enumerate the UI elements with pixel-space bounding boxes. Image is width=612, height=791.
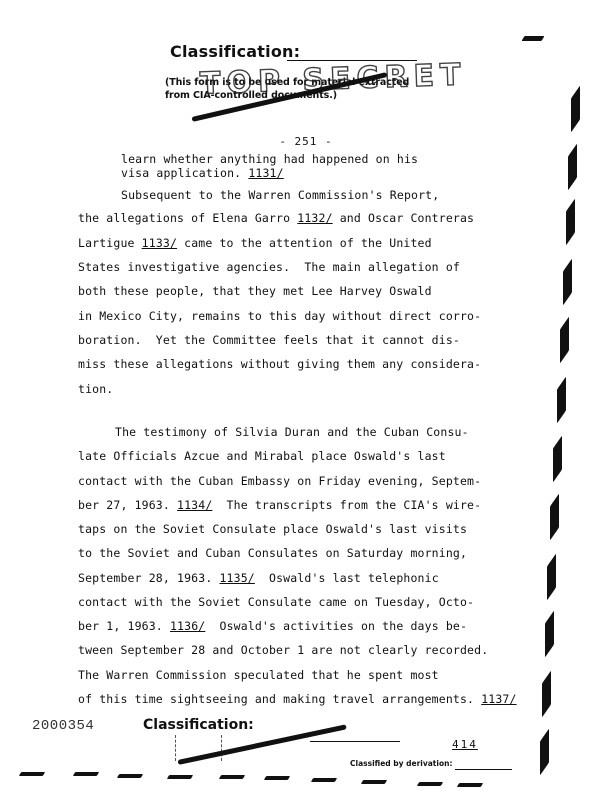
text-line: in Mexico City, remains to this day with… (78, 309, 481, 323)
footnote-ref: 1134/ (177, 498, 212, 512)
footnote-ref: 1136/ (170, 619, 205, 633)
border-mark-icon (550, 494, 559, 541)
page-reference: 414 (452, 738, 478, 751)
border-mark-icon (568, 144, 577, 191)
border-mark-icon (457, 783, 483, 787)
line-text: tween September 28 and October 1 are not… (78, 643, 488, 657)
line-text: the allegations of Elena Garro (78, 211, 297, 225)
line-text: States investigative agencies. The main … (78, 260, 460, 274)
classification-header: Classification: (170, 42, 300, 61)
line-text-continued: came to the attention of the United (177, 236, 432, 250)
line-text: taps on the Soviet Consulate place Oswal… (78, 522, 467, 536)
line-text: ber 27, 1963. (78, 498, 177, 512)
border-mark-icon (566, 199, 575, 246)
border-mark-icon (560, 317, 569, 364)
footer-rule (310, 741, 400, 742)
border-mark-icon (557, 377, 566, 424)
top-right-mark (522, 36, 545, 41)
line-text: learn whether anything had happened on h… (121, 152, 418, 166)
document-code: 2000354 (32, 718, 94, 734)
text-line: learn whether anything had happened on h… (121, 152, 418, 166)
text-line: Lartigue 1133/ came to the attention of … (78, 236, 432, 250)
footnote-ref: 1132/ (297, 211, 332, 225)
border-mark-icon (19, 772, 45, 776)
text-line: contact with the Soviet Consulate came o… (78, 595, 474, 609)
line-text-continued: The transcripts from the CIA's wire- (212, 498, 481, 512)
derivation-label: Classified by derivation: (350, 759, 452, 768)
line-text: The testimony of Silvia Duran and the Cu… (115, 425, 469, 439)
line-text: both these people, that they met Lee Har… (78, 284, 432, 298)
line-text: The Warren Commission speculated that he… (78, 668, 439, 682)
line-text: late Officials Azcue and Mirabal place O… (78, 449, 446, 463)
border-mark-icon (264, 776, 290, 780)
text-line: ber 27, 1963. 1134/ The transcripts from… (78, 498, 481, 512)
border-mark-icon (545, 611, 554, 658)
text-line: to the Soviet and Cuban Consulates on Sa… (78, 546, 467, 560)
text-line: both these people, that they met Lee Har… (78, 284, 432, 298)
border-mark-icon (563, 259, 572, 306)
text-line: miss these allegations without giving th… (78, 357, 481, 371)
border-mark-icon (311, 778, 337, 782)
footnote-ref: 1135/ (219, 571, 254, 585)
line-text: Lartigue (78, 236, 142, 250)
border-mark-icon (117, 774, 143, 778)
line-text: boration. Yet the Committee feels that i… (78, 333, 460, 347)
line-text: ber 1, 1963. (78, 619, 170, 633)
line-text: to the Soviet and Cuban Consulates on Sa… (78, 546, 467, 560)
text-line: late Officials Azcue and Mirabal place O… (78, 449, 446, 463)
line-text: contact with the Soviet Consulate came o… (78, 595, 474, 609)
text-line: taps on the Soviet Consulate place Oswal… (78, 522, 467, 536)
border-mark-icon (571, 86, 580, 133)
line-text: tion. (78, 382, 113, 396)
text-line: contact with the Cuban Embassy on Friday… (78, 474, 481, 488)
text-line: The testimony of Silvia Duran and the Cu… (115, 425, 469, 439)
border-mark-icon (167, 775, 193, 779)
border-mark-icon (417, 782, 443, 786)
text-line: visa application. 1131/ (121, 166, 284, 180)
text-line: Subsequent to the Warren Commission's Re… (121, 188, 439, 202)
text-line: the allegations of Elena Garro 1132/ and… (78, 211, 474, 225)
classification-footer: Classification: (143, 717, 254, 733)
border-mark-icon (219, 775, 245, 779)
line-text: contact with the Cuban Embassy on Friday… (78, 474, 481, 488)
line-text-continued: Oswald's activities on the days be- (205, 619, 467, 633)
text-line: tion. (78, 382, 113, 396)
text-line: The Warren Commission speculated that he… (78, 668, 439, 682)
derivation-rule (455, 769, 512, 770)
line-text-continued: and Oscar Contreras (333, 211, 474, 225)
text-line: ber 1, 1963. 1136/ Oswald's activities o… (78, 619, 467, 633)
line-text: visa application. (121, 166, 248, 180)
border-mark-icon (540, 729, 549, 776)
footnote-ref: 1137/ (481, 692, 516, 706)
border-mark-icon (553, 436, 562, 483)
border-mark-icon (542, 671, 551, 718)
footnote-ref: 1133/ (142, 236, 177, 250)
text-line: States investigative agencies. The main … (78, 260, 460, 274)
top-secret-stamp: TOP SECRET (199, 57, 467, 101)
footnote-ref: 1131/ (248, 166, 283, 180)
line-text-continued: Oswald's last telephonic (255, 571, 439, 585)
line-text: of this time sightseeing and making trav… (78, 692, 481, 706)
text-line: tween September 28 and October 1 are not… (78, 643, 488, 657)
line-text: miss these allegations without giving th… (78, 357, 481, 371)
line-text: Subsequent to the Warren Commission's Re… (121, 188, 439, 202)
border-mark-icon (73, 772, 99, 776)
line-text: September 28, 1963. (78, 571, 219, 585)
text-line: boration. Yet the Committee feels that i… (78, 333, 460, 347)
document-page: Classification: (This form is to be used… (0, 0, 612, 791)
line-text: in Mexico City, remains to this day with… (78, 309, 481, 323)
text-line: of this time sightseeing and making trav… (78, 692, 517, 706)
border-mark-icon (547, 554, 556, 601)
text-line: September 28, 1963. 1135/ Oswald's last … (78, 571, 439, 585)
page-number: - 251 - (0, 135, 612, 148)
border-mark-icon (361, 780, 387, 784)
